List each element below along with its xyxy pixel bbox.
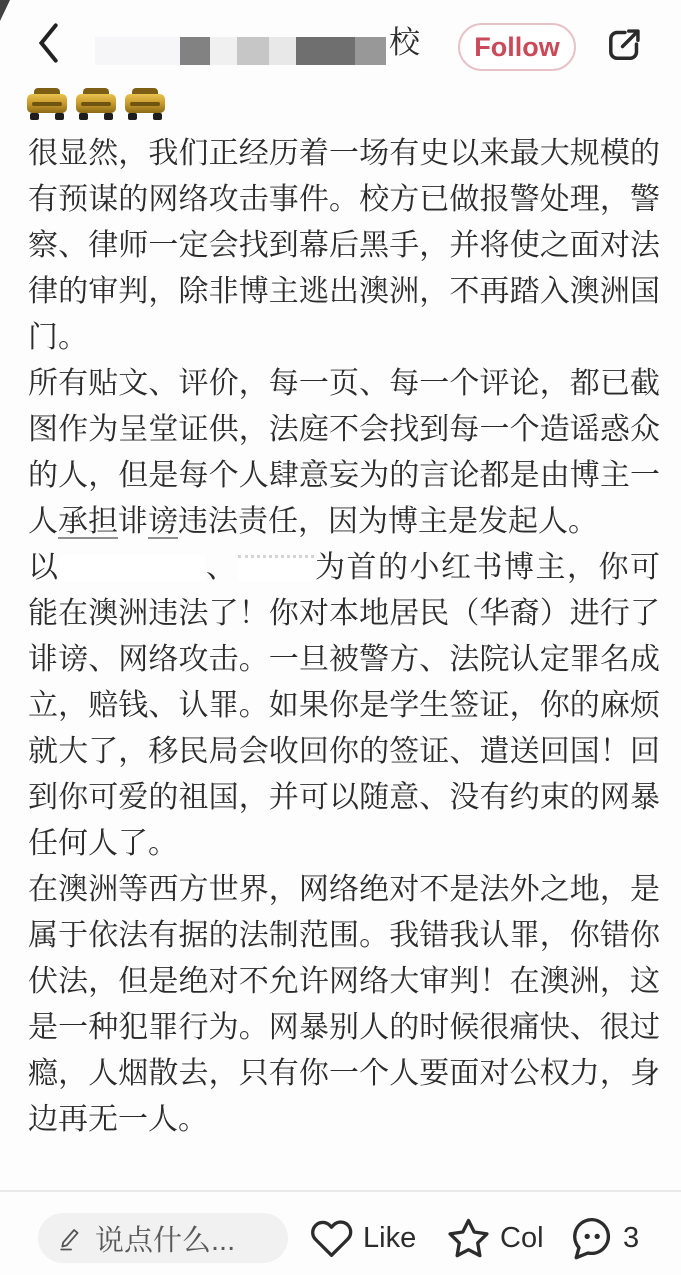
post-paragraph: 在澳洲等西方世界，网络绝对不是法外之地，是属于依法有据的法制范围。我错我认罪，你… bbox=[28, 867, 660, 1143]
back-button[interactable] bbox=[32, 21, 64, 65]
share-icon bbox=[602, 23, 646, 67]
redaction-block bbox=[296, 37, 355, 65]
user-name-redacted[interactable] bbox=[95, 37, 386, 65]
speech-bubble-icon bbox=[568, 1215, 615, 1262]
follow-button[interactable]: Follow bbox=[458, 23, 576, 71]
redaction-block bbox=[210, 37, 237, 65]
pencil-icon bbox=[56, 1224, 83, 1252]
text-segment: 很显然，我们正经历着一场有史以来最大规模的有预谋的网络攻击事件。校方已做报警处理… bbox=[28, 137, 660, 354]
comment-count: 3 bbox=[623, 1222, 639, 1255]
text-segment: 谤 bbox=[148, 505, 178, 538]
comments-button[interactable]: 3 bbox=[568, 1213, 639, 1263]
like-label: Like bbox=[363, 1222, 416, 1255]
post-detail-screen: 校 Follow 很显然，我们正经历着一场有史以来最大规模的有预谋的网络攻击事件… bbox=[0, 0, 681, 1275]
text-segment: 在澳洲等西方世界，网络绝对不是法外之地，是属于依法有据的法制范围。我错我认罪，你… bbox=[28, 873, 660, 1136]
text-segment: 承担 bbox=[58, 505, 118, 538]
redacted-name bbox=[238, 555, 314, 581]
emoji-row bbox=[27, 88, 165, 120]
redacted-name bbox=[60, 555, 205, 581]
post-paragraph: 以、为首的小红书博主，你可能在澳洲违法了！你对本地居民（华裔）进行了诽谤、网络攻… bbox=[28, 545, 660, 867]
text-segment: 违法责任，因为博主是发起人。 bbox=[178, 505, 598, 538]
comment-placeholder: 说点什么... bbox=[95, 1218, 235, 1259]
like-button[interactable]: Like bbox=[308, 1213, 416, 1263]
heart-icon bbox=[308, 1215, 355, 1262]
user-name-suffix[interactable]: 校 bbox=[389, 27, 420, 58]
collect-label: Col bbox=[500, 1222, 544, 1255]
collect-button[interactable]: Col bbox=[445, 1213, 544, 1263]
share-button[interactable] bbox=[602, 23, 646, 67]
redaction-block bbox=[95, 37, 180, 65]
post-body: 很显然，我们正经历着一场有史以来最大规模的有预谋的网络攻击事件。校方已做报警处理… bbox=[28, 131, 660, 1143]
chevron-left-icon bbox=[32, 21, 64, 65]
post-paragraph: 所有贴文、评价，每一页、每一个评论，都已截图作为呈堂证供，法庭不会找到每一个造谣… bbox=[28, 361, 660, 545]
star-icon bbox=[445, 1215, 492, 1262]
redaction-block bbox=[237, 37, 269, 65]
taxi-car-emoji bbox=[27, 88, 67, 120]
screenshot-corner-artifact bbox=[0, 0, 10, 21]
post-paragraph: 很显然，我们正经历着一场有史以来最大规模的有预谋的网络攻击事件。校方已做报警处理… bbox=[28, 131, 660, 361]
footer-divider bbox=[0, 1190, 681, 1192]
follow-button-label: Follow bbox=[474, 32, 559, 63]
redaction-block bbox=[269, 37, 296, 65]
redaction-block bbox=[180, 37, 210, 65]
text-segment: 、 bbox=[205, 551, 238, 584]
taxi-car-emoji bbox=[76, 88, 116, 120]
comment-input[interactable]: 说点什么... bbox=[38, 1213, 288, 1263]
taxi-car-emoji bbox=[125, 88, 165, 120]
text-segment: 诽 bbox=[118, 505, 148, 538]
redaction-block bbox=[355, 37, 386, 65]
text-segment: 为首的小红书博主，你可能在澳洲违法了！你对本地居民（华裔）进行了诽谤、网络攻击。… bbox=[28, 551, 660, 860]
text-segment: 以 bbox=[28, 551, 60, 584]
